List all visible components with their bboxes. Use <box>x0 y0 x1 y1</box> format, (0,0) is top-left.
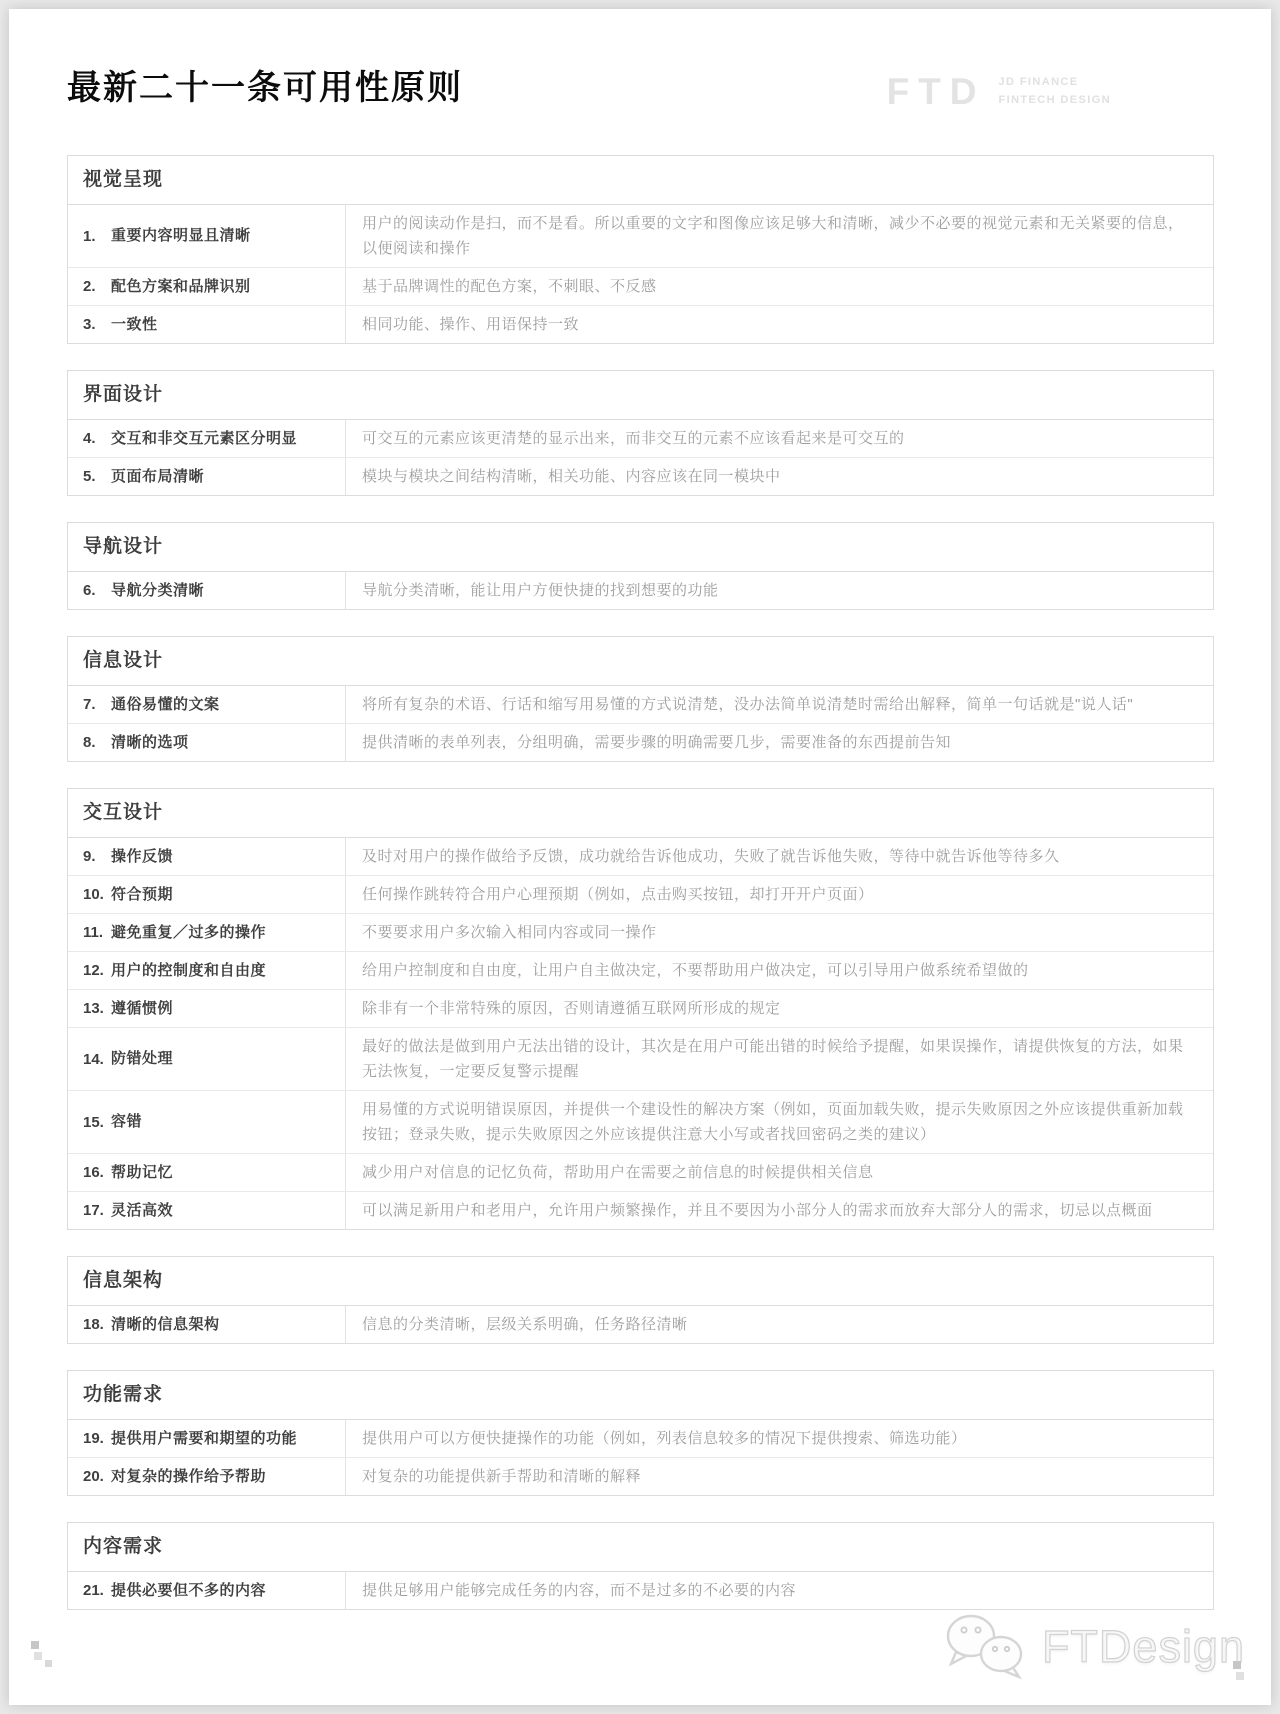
section-title: 交互设计 <box>68 789 1213 838</box>
row-label-cell: 2. 配色方案和品牌识别 <box>68 268 346 305</box>
row-desc: 基于品牌调性的配色方案，不刺眼、不反感 <box>362 274 657 299</box>
row-number: 3. <box>83 316 111 333</box>
row-number: 17. <box>83 1202 111 1219</box>
row-label-cell: 20. 对复杂的操作给予帮助 <box>68 1458 346 1495</box>
row-number: 11. <box>83 924 111 941</box>
section-rows: 7. 通俗易懂的文案 将所有复杂的术语、行话和缩写用易懂的方式说清楚，没办法简单… <box>68 686 1213 761</box>
row-desc-cell: 基于品牌调性的配色方案，不刺眼、不反感 <box>346 268 1213 305</box>
section: 导航设计 6. 导航分类清晰 导航分类清晰，能让用户方便快捷的找到想要的功能 <box>67 522 1214 610</box>
row-number: 14. <box>83 1051 111 1068</box>
row-number: 4. <box>83 430 111 447</box>
wechat-icon <box>940 1609 1036 1683</box>
table-row: 3. 一致性 相同功能、操作、用语保持一致 <box>68 306 1213 343</box>
row-label: 防错处理 <box>111 1048 173 1070</box>
section-title: 内容需求 <box>68 1523 1213 1572</box>
row-label: 符合预期 <box>111 884 173 906</box>
row-label: 一致性 <box>111 314 158 336</box>
section: 视觉呈现 1. 重要内容明显且清晰 用户的阅读动作是扫，而不是看。所以重要的文字… <box>67 155 1214 344</box>
sections: 视觉呈现 1. 重要内容明显且清晰 用户的阅读动作是扫，而不是看。所以重要的文字… <box>67 155 1214 1610</box>
row-number: 20. <box>83 1468 111 1485</box>
row-number: 9. <box>83 848 111 865</box>
row-label-cell: 16. 帮助记忆 <box>68 1154 346 1191</box>
row-label-cell: 11. 避免重复／过多的操作 <box>68 914 346 951</box>
row-number: 10. <box>83 886 111 903</box>
row-desc: 用户的阅读动作是扫，而不是看。所以重要的文字和图像应该足够大和清晰，减少不必要的… <box>362 211 1197 261</box>
row-desc: 可交互的元素应该更清楚的显示出来，而非交互的元素不应该看起来是可交互的 <box>362 426 905 451</box>
row-label-cell: 12. 用户的控制度和自由度 <box>68 952 346 989</box>
row-label: 用户的控制度和自由度 <box>111 960 266 982</box>
section-rows: 1. 重要内容明显且清晰 用户的阅读动作是扫，而不是看。所以重要的文字和图像应该… <box>68 205 1213 343</box>
row-desc-cell: 对复杂的功能提供新手帮助和清晰的解释 <box>346 1458 1213 1495</box>
row-desc-cell: 最好的做法是做到用户无法出错的设计，其次是在用户可能出错的时候给予提醒，如果误操… <box>346 1028 1213 1090</box>
row-number: 15. <box>83 1114 111 1131</box>
table-row: 14. 防错处理 最好的做法是做到用户无法出错的设计，其次是在用户可能出错的时候… <box>68 1028 1213 1091</box>
table-row: 12. 用户的控制度和自由度 给用户控制度和自由度，让用户自主做决定，不要帮助用… <box>68 952 1213 990</box>
row-desc-cell: 任何操作跳转符合用户心理预期（例如，点击购买按钮，却打开开户页面） <box>346 876 1213 913</box>
section: 功能需求 19. 提供用户需要和期望的功能 提供用户可以方便快捷操作的功能（例如… <box>67 1370 1214 1496</box>
row-label: 导航分类清晰 <box>111 580 204 602</box>
section-rows: 4. 交互和非交互元素区分明显 可交互的元素应该更清楚的显示出来，而非交互的元素… <box>68 420 1213 495</box>
section-title: 视觉呈现 <box>68 156 1213 205</box>
row-label: 操作反馈 <box>111 846 173 868</box>
row-desc-cell: 可交互的元素应该更清楚的显示出来，而非交互的元素不应该看起来是可交互的 <box>346 420 1213 457</box>
row-label: 通俗易懂的文案 <box>111 694 220 716</box>
table-row: 17. 灵活高效 可以满足新用户和老用户，允许用户频繁操作，并且不要因为小部分人… <box>68 1192 1213 1229</box>
row-desc-cell: 相同功能、操作、用语保持一致 <box>346 306 1213 343</box>
row-desc-cell: 用易懂的方式说明错误原因，并提供一个建设性的解决方案（例如，页面加载失败，提示失… <box>346 1091 1213 1153</box>
table-row: 5. 页面布局清晰 模块与模块之间结构清晰，相关功能、内容应该在同一模块中 <box>68 458 1213 495</box>
table-row: 10. 符合预期 任何操作跳转符合用户心理预期（例如，点击购买按钮，却打开开户页… <box>68 876 1213 914</box>
table-row: 11. 避免重复／过多的操作 不要要求用户多次输入相同内容或同一操作 <box>68 914 1213 952</box>
section: 内容需求 21. 提供必要但不多的内容 提供足够用户能够完成任务的内容，而不是过… <box>67 1522 1214 1610</box>
section-rows: 6. 导航分类清晰 导航分类清晰，能让用户方便快捷的找到想要的功能 <box>68 572 1213 609</box>
section-rows: 19. 提供用户需要和期望的功能 提供用户可以方便快捷操作的功能（例如，列表信息… <box>68 1420 1213 1495</box>
section: 信息设计 7. 通俗易懂的文案 将所有复杂的术语、行话和缩写用易懂的方式说清楚，… <box>67 636 1214 762</box>
row-label-cell: 6. 导航分类清晰 <box>68 572 346 609</box>
row-desc-cell: 除非有一个非常特殊的原因，否则请遵循互联网所形成的规定 <box>346 990 1213 1027</box>
section-title: 导航设计 <box>68 523 1213 572</box>
row-label-cell: 21. 提供必要但不多的内容 <box>68 1572 346 1609</box>
row-label: 交互和非交互元素区分明显 <box>111 428 297 450</box>
page-title: 最新二十一条可用性原则 <box>67 67 1214 109</box>
row-label-cell: 4. 交互和非交互元素区分明显 <box>68 420 346 457</box>
row-label: 避免重复／过多的操作 <box>111 922 266 944</box>
row-number: 5. <box>83 468 111 485</box>
row-label: 清晰的信息架构 <box>111 1314 220 1336</box>
row-label: 容错 <box>111 1111 142 1133</box>
row-desc: 模块与模块之间结构清晰，相关功能、内容应该在同一模块中 <box>362 464 781 489</box>
section: 信息架构 18. 清晰的信息架构 信息的分类清晰，层级关系明确，任务路径清晰 <box>67 1256 1214 1344</box>
document-content: 最新二十一条可用性原则 视觉呈现 1. 重要内容明显且清晰 用户的阅读动作是扫，… <box>9 9 1271 1610</box>
row-number: 19. <box>83 1430 111 1447</box>
table-row: 6. 导航分类清晰 导航分类清晰，能让用户方便快捷的找到想要的功能 <box>68 572 1213 609</box>
row-desc-cell: 将所有复杂的术语、行话和缩写用易懂的方式说清楚，没办法简单说清楚时需给出解释，简… <box>346 686 1213 723</box>
row-number: 13. <box>83 1000 111 1017</box>
table-row: 8. 清晰的选项 提供清晰的表单列表，分组明确，需要步骤的明确需要几步，需要准备… <box>68 724 1213 761</box>
row-label-cell: 8. 清晰的选项 <box>68 724 346 761</box>
row-desc: 不要要求用户多次输入相同内容或同一操作 <box>362 920 657 945</box>
row-label-cell: 5. 页面布局清晰 <box>68 458 346 495</box>
table-row: 21. 提供必要但不多的内容 提供足够用户能够完成任务的内容，而不是过多的不必要… <box>68 1572 1213 1609</box>
row-number: 7. <box>83 696 111 713</box>
row-desc: 及时对用户的操作做给予反馈，成功就给告诉他成功，失败了就告诉他失败，等待中就告诉… <box>362 844 1060 869</box>
section-rows: 18. 清晰的信息架构 信息的分类清晰，层级关系明确，任务路径清晰 <box>68 1306 1213 1343</box>
section-title: 信息设计 <box>68 637 1213 686</box>
row-label-cell: 15. 容错 <box>68 1091 346 1153</box>
table-row: 20. 对复杂的操作给予帮助 对复杂的功能提供新手帮助和清晰的解释 <box>68 1458 1213 1495</box>
row-desc: 任何操作跳转符合用户心理预期（例如，点击购买按钮，却打开开户页面） <box>362 882 874 907</box>
row-label: 遵循惯例 <box>111 998 173 1020</box>
row-desc-cell: 信息的分类清晰，层级关系明确，任务路径清晰 <box>346 1306 1213 1343</box>
row-label: 重要内容明显且清晰 <box>111 225 251 247</box>
row-desc: 除非有一个非常特殊的原因，否则请遵循互联网所形成的规定 <box>362 996 781 1021</box>
section-rows: 21. 提供必要但不多的内容 提供足够用户能够完成任务的内容，而不是过多的不必要… <box>68 1572 1213 1609</box>
section-rows: 9. 操作反馈 及时对用户的操作做给予反馈，成功就给告诉他成功，失败了就告诉他失… <box>68 838 1213 1229</box>
table-row: 1. 重要内容明显且清晰 用户的阅读动作是扫，而不是看。所以重要的文字和图像应该… <box>68 205 1213 268</box>
table-row: 9. 操作反馈 及时对用户的操作做给予反馈，成功就给告诉他成功，失败了就告诉他失… <box>68 838 1213 876</box>
row-desc-cell: 给用户控制度和自由度，让用户自主做决定，不要帮助用户做决定，可以引导用户做系统希… <box>346 952 1213 989</box>
table-row: 18. 清晰的信息架构 信息的分类清晰，层级关系明确，任务路径清晰 <box>68 1306 1213 1343</box>
row-desc: 可以满足新用户和老用户，允许用户频繁操作，并且不要因为小部分人的需求而放弃大部分… <box>362 1198 1153 1223</box>
table-row: 4. 交互和非交互元素区分明显 可交互的元素应该更清楚的显示出来，而非交互的元素… <box>68 420 1213 458</box>
row-label: 提供必要但不多的内容 <box>111 1580 266 1602</box>
row-number: 21. <box>83 1582 111 1599</box>
row-desc: 最好的做法是做到用户无法出错的设计，其次是在用户可能出错的时候给予提醒，如果误操… <box>362 1034 1197 1084</box>
table-row: 2. 配色方案和品牌识别 基于品牌调性的配色方案，不刺眼、不反感 <box>68 268 1213 306</box>
section-title: 界面设计 <box>68 371 1213 420</box>
row-label-cell: 10. 符合预期 <box>68 876 346 913</box>
row-desc-cell: 模块与模块之间结构清晰，相关功能、内容应该在同一模块中 <box>346 458 1213 495</box>
row-label-cell: 13. 遵循惯例 <box>68 990 346 1027</box>
row-number: 2. <box>83 278 111 295</box>
row-label-cell: 14. 防错处理 <box>68 1028 346 1090</box>
footer-brand-text: FTDesign <box>1042 1624 1245 1669</box>
row-label: 配色方案和品牌识别 <box>111 276 251 298</box>
row-desc-cell: 提供清晰的表单列表，分组明确，需要步骤的明确需要几步，需要准备的东西提前告知 <box>346 724 1213 761</box>
row-desc: 减少用户对信息的记忆负荷，帮助用户在需要之前信息的时候提供相关信息 <box>362 1160 874 1185</box>
section-title: 功能需求 <box>68 1371 1213 1420</box>
watermark-pixels-left <box>31 1641 61 1671</box>
row-desc-cell: 提供足够用户能够完成任务的内容，而不是过多的不必要的内容 <box>346 1572 1213 1609</box>
row-desc: 提供足够用户能够完成任务的内容，而不是过多的不必要的内容 <box>362 1578 796 1603</box>
row-desc: 将所有复杂的术语、行话和缩写用易懂的方式说清楚，没办法简单说清楚时需给出解释，简… <box>362 692 1133 717</box>
row-label-cell: 18. 清晰的信息架构 <box>68 1306 346 1343</box>
row-desc-cell: 及时对用户的操作做给予反馈，成功就给告诉他成功，失败了就告诉他失败，等待中就告诉… <box>346 838 1213 875</box>
footer-brand: FTDesign <box>940 1609 1245 1683</box>
row-label-cell: 17. 灵活高效 <box>68 1192 346 1229</box>
row-number: 12. <box>83 962 111 979</box>
row-desc-cell: 减少用户对信息的记忆负荷，帮助用户在需要之前信息的时候提供相关信息 <box>346 1154 1213 1191</box>
row-label-cell: 3. 一致性 <box>68 306 346 343</box>
table-row: 7. 通俗易懂的文案 将所有复杂的术语、行话和缩写用易懂的方式说清楚，没办法简单… <box>68 686 1213 724</box>
row-desc: 导航分类清晰，能让用户方便快捷的找到想要的功能 <box>362 578 719 603</box>
row-label: 清晰的选项 <box>111 732 189 754</box>
row-desc: 对复杂的功能提供新手帮助和清晰的解释 <box>362 1464 641 1489</box>
document-page: FTD JD FINANCE FINTECH DESIGN 最新二十一条可用性原… <box>9 9 1271 1705</box>
row-number: 16. <box>83 1164 111 1181</box>
row-desc: 用易懂的方式说明错误原因，并提供一个建设性的解决方案（例如，页面加载失败，提示失… <box>362 1097 1197 1147</box>
table-row: 13. 遵循惯例 除非有一个非常特殊的原因，否则请遵循互联网所形成的规定 <box>68 990 1213 1028</box>
row-label-cell: 7. 通俗易懂的文案 <box>68 686 346 723</box>
row-number: 8. <box>83 734 111 751</box>
row-desc-cell: 导航分类清晰，能让用户方便快捷的找到想要的功能 <box>346 572 1213 609</box>
row-label-cell: 1. 重要内容明显且清晰 <box>68 205 346 267</box>
row-label: 对复杂的操作给予帮助 <box>111 1466 266 1488</box>
row-label: 页面布局清晰 <box>111 466 204 488</box>
watermark-pixels-right <box>1233 1661 1249 1683</box>
row-desc: 提供用户可以方便快捷操作的功能（例如，列表信息较多的情况下提供搜索、筛选功能） <box>362 1426 967 1451</box>
row-desc-cell: 可以满足新用户和老用户，允许用户频繁操作，并且不要因为小部分人的需求而放弃大部分… <box>346 1192 1213 1229</box>
row-label-cell: 19. 提供用户需要和期望的功能 <box>68 1420 346 1457</box>
row-desc-cell: 不要要求用户多次输入相同内容或同一操作 <box>346 914 1213 951</box>
table-row: 15. 容错 用易懂的方式说明错误原因，并提供一个建设性的解决方案（例如，页面加… <box>68 1091 1213 1154</box>
row-desc: 相同功能、操作、用语保持一致 <box>362 312 579 337</box>
row-desc: 信息的分类清晰，层级关系明确，任务路径清晰 <box>362 1312 688 1337</box>
row-label: 提供用户需要和期望的功能 <box>111 1428 297 1450</box>
row-number: 1. <box>83 228 111 245</box>
row-number: 6. <box>83 582 111 599</box>
row-desc: 给用户控制度和自由度，让用户自主做决定，不要帮助用户做决定，可以引导用户做系统希… <box>362 958 1029 983</box>
section: 交互设计 9. 操作反馈 及时对用户的操作做给予反馈，成功就给告诉他成功，失败了… <box>67 788 1214 1230</box>
table-row: 16. 帮助记忆 减少用户对信息的记忆负荷，帮助用户在需要之前信息的时候提供相关… <box>68 1154 1213 1192</box>
row-desc-cell: 用户的阅读动作是扫，而不是看。所以重要的文字和图像应该足够大和清晰，减少不必要的… <box>346 205 1213 267</box>
table-row: 19. 提供用户需要和期望的功能 提供用户可以方便快捷操作的功能（例如，列表信息… <box>68 1420 1213 1458</box>
row-label: 帮助记忆 <box>111 1162 173 1184</box>
row-label: 灵活高效 <box>111 1200 173 1222</box>
section-title: 信息架构 <box>68 1257 1213 1306</box>
row-desc: 提供清晰的表单列表，分组明确，需要步骤的明确需要几步，需要准备的东西提前告知 <box>362 730 951 755</box>
row-number: 18. <box>83 1316 111 1333</box>
section: 界面设计 4. 交互和非交互元素区分明显 可交互的元素应该更清楚的显示出来，而非… <box>67 370 1214 496</box>
row-desc-cell: 提供用户可以方便快捷操作的功能（例如，列表信息较多的情况下提供搜索、筛选功能） <box>346 1420 1213 1457</box>
row-label-cell: 9. 操作反馈 <box>68 838 346 875</box>
